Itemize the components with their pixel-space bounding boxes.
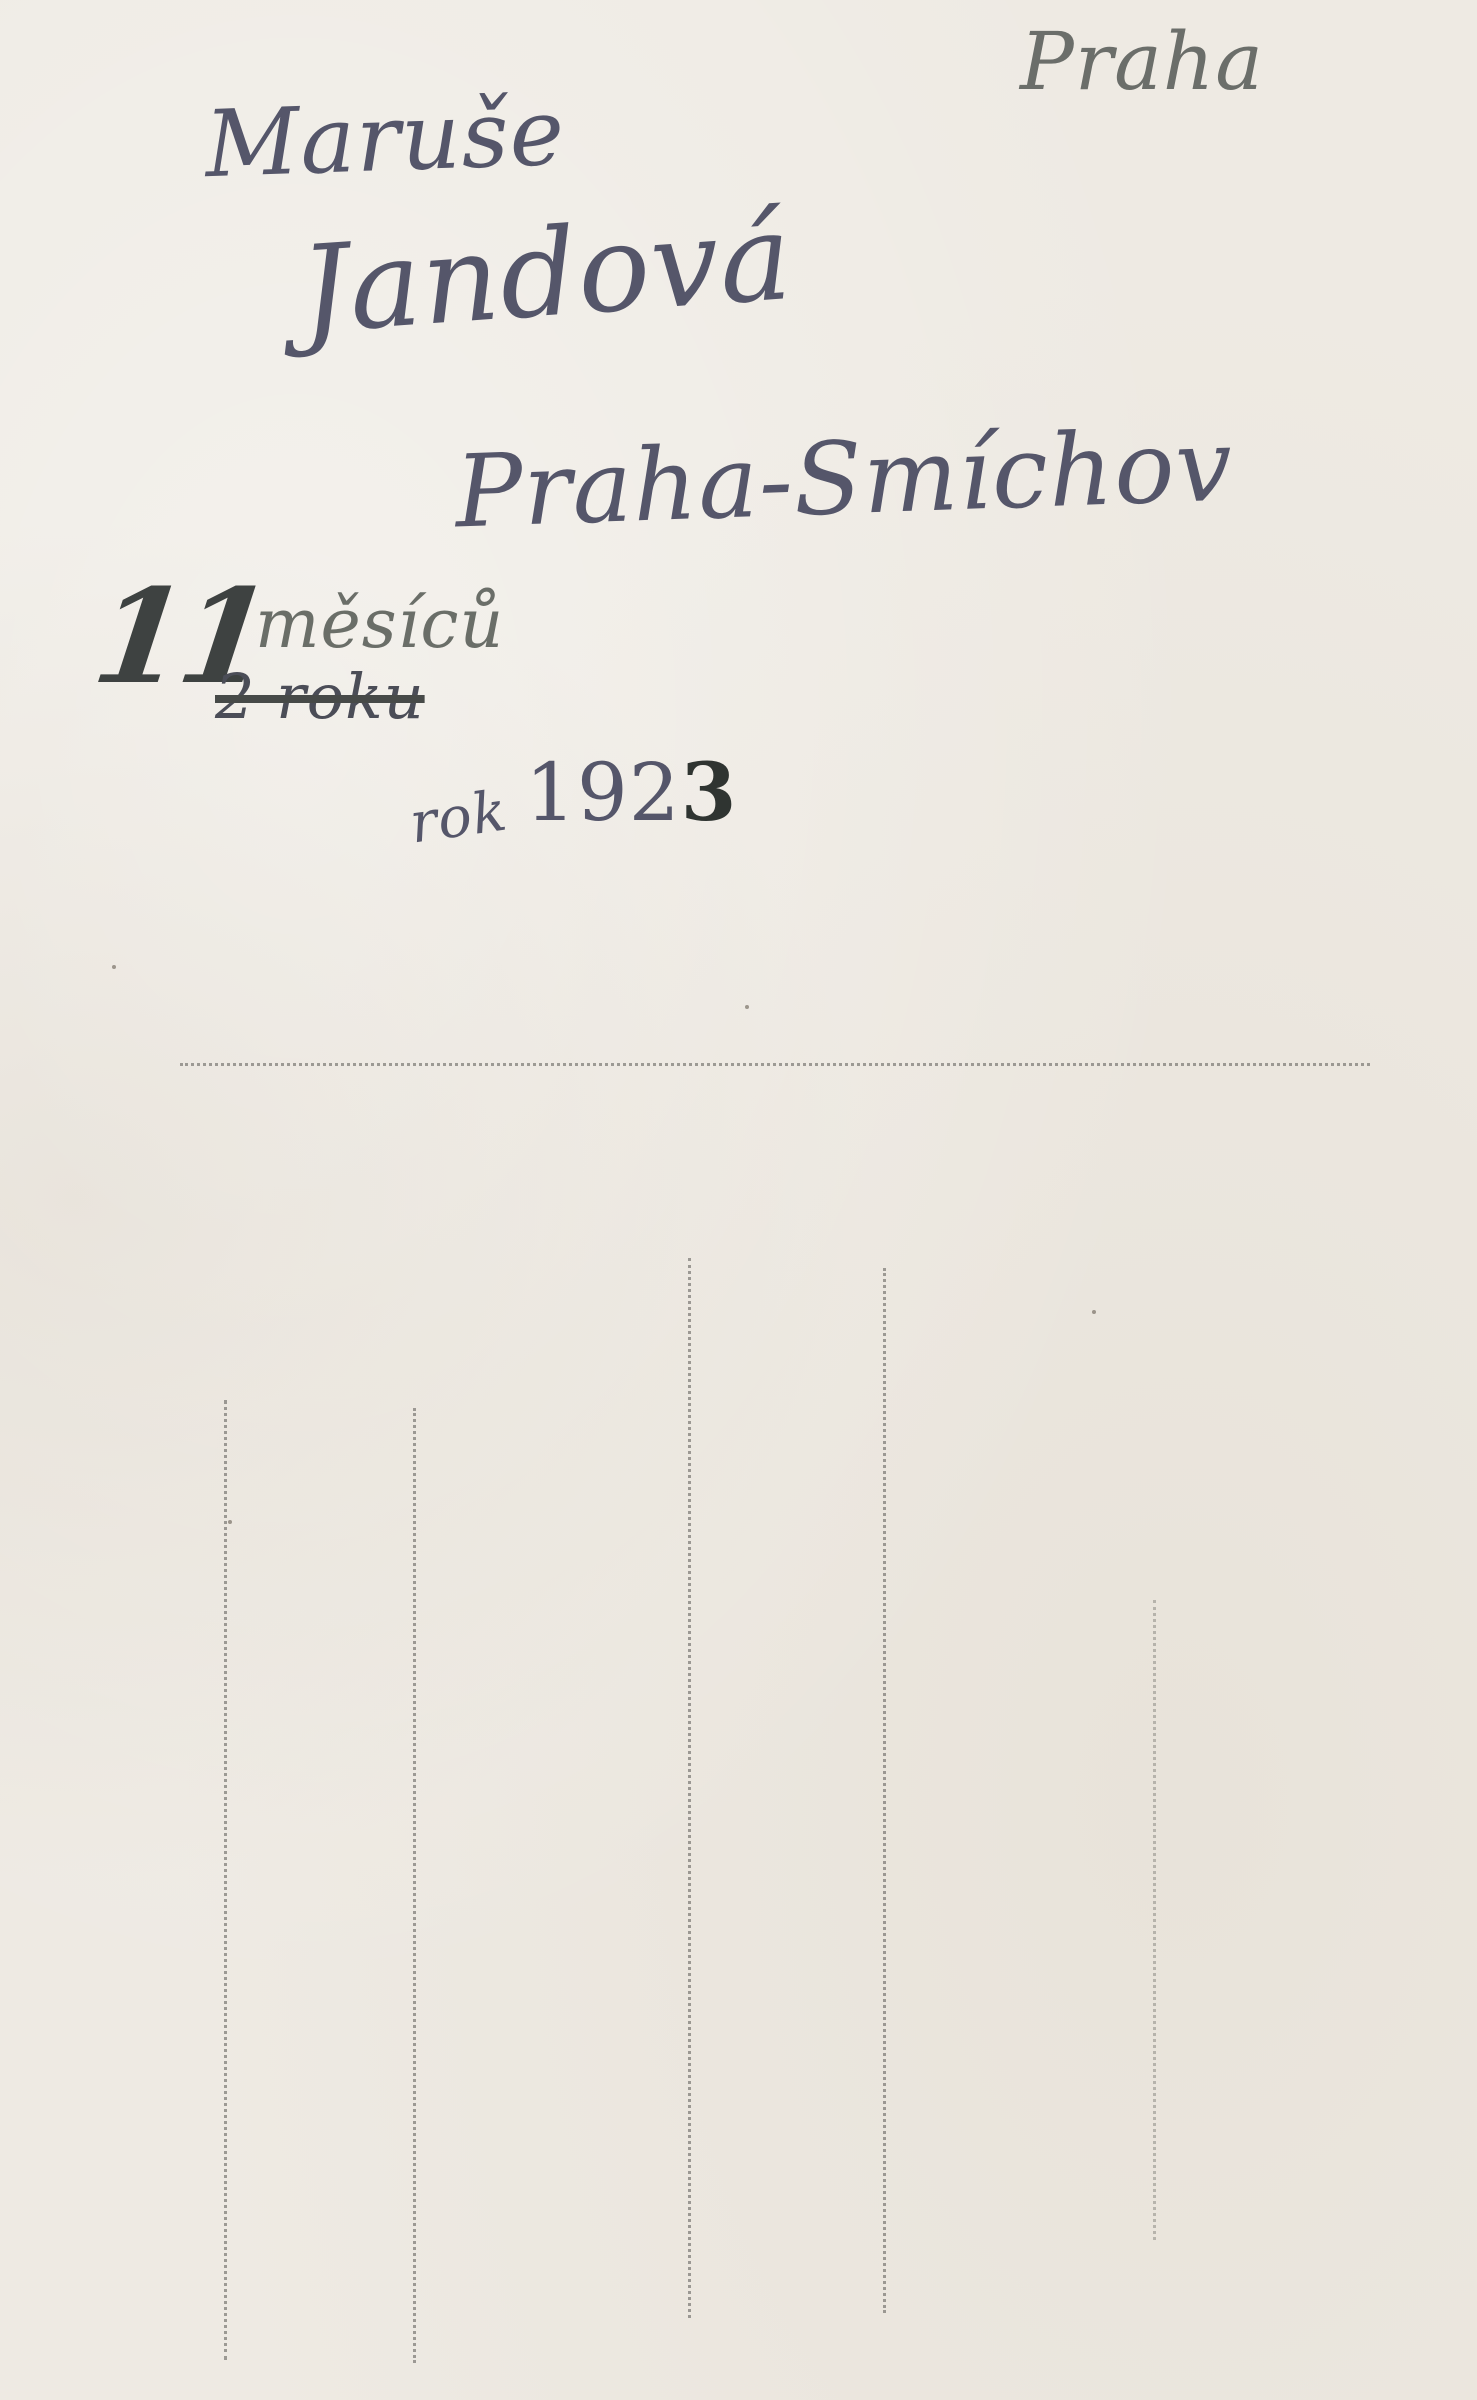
first-name: Maruše (203, 79, 566, 198)
year-label: rok (406, 779, 512, 857)
vertical-dotted-line-2 (413, 1408, 416, 2363)
vertical-dotted-line-1 (224, 1400, 227, 2360)
age-unit: měsíců (255, 585, 504, 664)
age-struck-text: 2 roku (215, 660, 425, 733)
address: Praha-Smíchov (453, 406, 1235, 550)
paper-fleck (112, 965, 116, 969)
vertical-dotted-line-5 (1153, 1600, 1156, 2240)
horizontal-dotted-divider (180, 1063, 1370, 1066)
paper-fleck (228, 1520, 232, 1524)
year-prefix: 192 (525, 746, 681, 839)
last-name: Jandová (296, 188, 797, 361)
year-last-digit: 3 (681, 745, 738, 839)
postcard-back: Praha Maruše Jandová Praha-Smíchov 11 mě… (0, 0, 1477, 2400)
corner-city-note: Praha (1020, 15, 1264, 108)
vertical-dotted-line-4 (883, 1268, 886, 2313)
paper-fleck (1092, 1310, 1096, 1314)
year-value: 1923 (525, 745, 737, 839)
vertical-dotted-line-3 (688, 1258, 691, 2318)
paper-fleck (745, 1005, 749, 1009)
